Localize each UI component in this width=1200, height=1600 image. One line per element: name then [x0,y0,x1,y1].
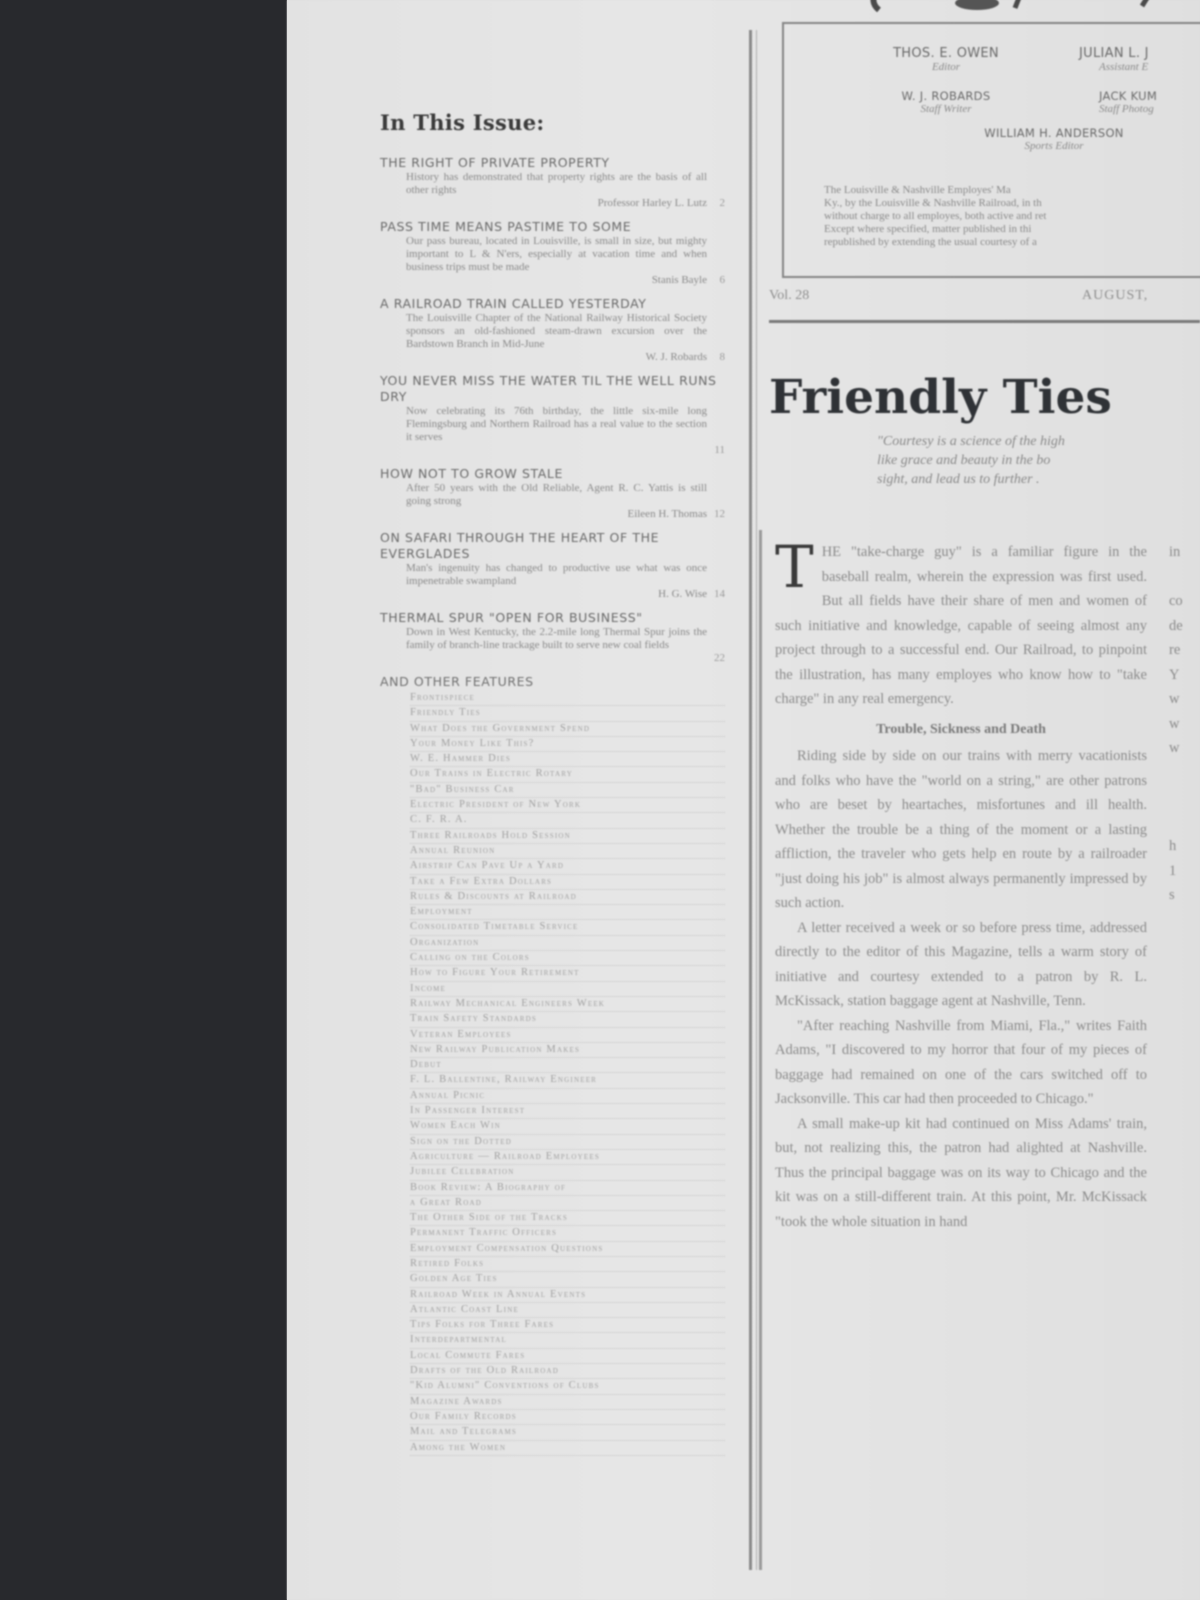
next-column-word: s [1169,883,1200,908]
toc-entry-title: YOU NEVER MISS THE WATER TIL THE WELL RU… [380,373,725,405]
toc-entries: THE RIGHT OF PRIVATE PROPERTYHistory has… [380,155,725,664]
other-feature-item: Interdepartmental [410,1333,725,1348]
next-column-word [1169,810,1200,835]
staff-photographer: JACK KUM Staff Photog [1099,89,1200,115]
masthead-publication-note: The Louisville & Nashville Employes' MaK… [824,184,1200,249]
next-column-word [1169,761,1200,786]
toc-entry-author: H. G. Wise14 [380,588,725,600]
other-feature-item: Magazine Awards [410,1395,725,1410]
other-features: AND OTHER FEATURES FrontispieceFriendly … [380,674,725,1456]
toc-entry-title: THERMAL SPUR "OPEN FOR BUSINESS" [380,610,725,626]
toc-entry-page: 8 [720,351,726,363]
other-feature-item: In Passenger Interest [410,1104,725,1119]
other-feature-item: Income [410,982,725,997]
toc-entry-page: 11 [714,444,725,456]
toc-entry-title: ON SAFARI THROUGH THE HEART OF THE EVERG… [380,530,725,562]
next-column-word [1169,1006,1200,1031]
next-column-word [1169,957,1200,982]
toc-entry-page: 6 [720,274,726,286]
next-column-word [1169,981,1200,1006]
volume-line: Vol. 28 AUGUST, [769,288,1200,304]
epigraph-line: like grace and beauty in the bo [877,451,1200,470]
other-feature-item: How to Figure Your Retirement [410,966,725,981]
next-column-word [1169,785,1200,810]
article-paragraph: A small make-up kit had continued on Mis… [775,1112,1147,1235]
next-column-fragment: incodereYwwwh1s [1169,540,1200,1030]
volume-rule [769,320,1200,323]
article-paragraph: "After reaching Nashville from Miami, Fl… [775,1014,1147,1112]
toc-entry: YOU NEVER MISS THE WATER TIL THE WELL RU… [380,373,725,456]
other-feature-item: Your Money Like This? [410,737,725,752]
masthead-note-line: republished by extending the usual court… [824,236,1200,249]
dark-background [0,0,287,1600]
next-column-word: re [1169,638,1200,663]
other-feature-item: Train Safety Standards [410,1012,725,1027]
article-epigraph: "Courtesy is a science of the highlike g… [877,432,1200,489]
staff-writer: W. J. ROBARDS Staff Writer [866,89,1026,115]
toc-entry-page: 14 [714,588,725,600]
other-feature-item: The Other Side of the Tracks [410,1211,725,1226]
toc-entry-description: After 50 years with the Old Reliable, Ag… [380,482,725,508]
other-feature-item: Employment Compensation Questions [410,1242,725,1257]
toc-entry: HOW NOT TO GROW STALEAfter 50 years with… [380,466,725,520]
other-feature-item: Retired Folks [410,1257,725,1272]
other-feature-item: Three Railroads Hold Session [410,829,725,844]
other-feature-item: Employment [410,905,725,920]
next-column-word: w [1169,712,1200,737]
masthead-note-line: without charge to all employes, both act… [824,210,1200,223]
next-column-word [1169,932,1200,957]
toc-entry-page: 22 [714,652,725,664]
toc-entry-description: Man's ingenuity has changed to productiv… [380,562,725,588]
other-feature-item: Tips Folks for Three Fares [410,1318,725,1333]
toc-entry-description: Down in West Kentucky, the 2.2-mile long… [380,626,725,652]
toc-entry-author: Professor Harley L. Lutz2 [380,197,725,209]
other-feature-item: Calling on the Colors [410,951,725,966]
other-feature-item: Golden Age Ties [410,1272,725,1287]
other-feature-item: Debut [410,1058,725,1073]
next-column-word: co [1169,589,1200,614]
next-column-word: de [1169,614,1200,639]
masthead-artwork [807,0,1200,12]
toc-entry-author: Stanis Bayle6 [380,274,725,286]
staff-editor: THOS. E. OWEN Editor [866,46,1026,73]
next-column-word [1169,908,1200,933]
other-feature-item: Book Review: A Biography of [410,1181,725,1196]
toc-entry-description: Our pass bureau, located in Louisville, … [380,235,725,274]
article-column-rule [759,530,762,1570]
other-feature-item: Atlantic Coast Line [410,1303,725,1318]
masthead-note-line: Ky., by the Louisville & Nashville Railr… [824,197,1200,210]
other-feature-item: Annual Picnic [410,1089,725,1104]
toc-heading: In This Issue: [380,110,725,135]
article-paragraph: A letter received a week or so before pr… [775,916,1147,1014]
masthead-note-line: Except where specified, matter published… [824,223,1200,236]
masthead-staff-box: THOS. E. OWEN Editor JULIAN L. J Assista… [782,22,1200,278]
other-feature-item: Among the Women [410,1441,725,1456]
toc-entry: THE RIGHT OF PRIVATE PROPERTYHistory has… [380,155,725,209]
toc-entry-author: 11 [380,444,725,456]
other-feature-item: Veteran Employees [410,1028,725,1043]
magazine-page: In This Issue: THE RIGHT OF PRIVATE PROP… [287,0,1200,1600]
issue-date: AUGUST, [1082,288,1148,304]
toc-entry-title: PASS TIME MEANS PASTIME TO SOME [380,219,725,235]
toc-entry: PASS TIME MEANS PASTIME TO SOMEOur pass … [380,219,725,286]
other-feature-item: Railway Mechanical Engineers Week [410,997,725,1012]
toc-entry: A RAILROAD TRAIN CALLED YESTERDAYThe Lou… [380,296,725,363]
next-column-word: 1 [1169,859,1200,884]
toc-entry-description: History has demonstrated that property r… [380,171,725,197]
article-paragraphs: Riding side by side on our trains with m… [775,744,1147,1234]
article-lead-paragraph: THE "take-charge guy" is a familiar figu… [775,540,1147,712]
epigraph-line: "Courtesy is a science of the high [877,432,1200,451]
toc-entry-author: 22 [380,652,725,664]
next-column-word: in [1169,540,1200,565]
in-this-issue: In This Issue: THE RIGHT OF PRIVATE PROP… [380,110,725,1456]
toc-entry-title: HOW NOT TO GROW STALE [380,466,725,482]
other-features-list: FrontispieceFriendly TiesWhat Does the G… [380,691,725,1456]
volume-number: Vol. 28 [769,288,809,303]
other-feature-item: Take a Few Extra Dollars [410,875,725,890]
next-column-word: w [1169,687,1200,712]
article-subhead: Trouble, Sickness and Death [775,718,1147,743]
other-feature-item: New Railway Publication Makes [410,1043,725,1058]
other-feature-item: Railroad Week in Annual Events [410,1288,725,1303]
other-feature-item: Friendly Ties [410,706,725,721]
staff-assistant-editor: JULIAN L. J Assistant E [1079,46,1200,73]
toc-entry-page: 12 [714,508,725,520]
other-feature-item: Frontispiece [410,691,725,706]
other-feature-item: Mail and Telegrams [410,1425,725,1440]
other-feature-item: Our Family Records [410,1410,725,1425]
toc-entry-title: A RAILROAD TRAIN CALLED YESTERDAY [380,296,725,312]
article-body: THE "take-charge guy" is a familiar figu… [775,540,1147,1234]
other-feature-item: Drafts of the Old Railroad [410,1364,725,1379]
toc-entry-page: 2 [720,197,726,209]
next-column-word [1169,565,1200,590]
other-feature-item: Airstrip Can Pave Up a Yard [410,859,725,874]
other-feature-item: F. L. Ballentine, Railway Engineer [410,1073,725,1088]
other-feature-item: What Does the Government Spend [410,722,725,737]
other-feature-item: Local Commute Fares [410,1349,725,1364]
staff-sports-editor: WILLIAM H. ANDERSON Sports Editor [944,126,1164,152]
masthead-note-line: The Louisville & Nashville Employes' Ma [824,184,1200,197]
toc-entry-author: Eileen H. Thomas12 [380,508,725,520]
other-feature-item: Sign on the Dotted [410,1135,725,1150]
other-feature-item: "Kid Alumni" Conventions of Clubs [410,1379,725,1394]
toc-entry-author: W. J. Robards8 [380,351,725,363]
other-feature-item: Consolidated Timetable Service [410,920,725,935]
toc-entry-description: Now celebrating its 76th birthday, the l… [380,405,725,444]
toc-entry: THERMAL SPUR "OPEN FOR BUSINESS"Down in … [380,610,725,664]
other-feature-item: "Bad" Business Car [410,783,725,798]
other-feature-item: W. E. Hammer Dies [410,752,725,767]
other-feature-item: Organization [410,936,725,951]
other-feature-item: Agriculture — Railroad Employees [410,1150,725,1165]
toc-entry-description: The Louisville Chapter of the National R… [380,312,725,351]
other-feature-item: Annual Reunion [410,844,725,859]
drop-cap: T [775,542,814,592]
other-feature-item: C. F. R. A. [410,813,725,828]
other-features-heading: AND OTHER FEATURES [380,674,725,689]
toc-entry: ON SAFARI THROUGH THE HEART OF THE EVERG… [380,530,725,600]
column-divider-thin [756,30,757,1570]
other-feature-item: a Great Road [410,1196,725,1211]
article-paragraph: Riding side by side on our trains with m… [775,744,1147,916]
next-column-word: Y [1169,663,1200,688]
article-headline: Friendly Ties [769,370,1112,425]
other-feature-item: Rules & Discounts at Railroad [410,890,725,905]
toc-entry-title: THE RIGHT OF PRIVATE PROPERTY [380,155,725,171]
other-feature-item: Permanent Traffic Officers [410,1226,725,1241]
other-feature-item: Jubilee Celebration [410,1165,725,1180]
epigraph-line: sight, and lead us to further . [877,470,1200,489]
next-column-word: h [1169,834,1200,859]
other-feature-item: Our Trains in Electric Rotary [410,767,725,782]
next-column-word: w [1169,736,1200,761]
column-divider [749,30,752,1570]
other-feature-item: Women Each Win [410,1119,725,1134]
other-feature-item: Electric President of New York [410,798,725,813]
